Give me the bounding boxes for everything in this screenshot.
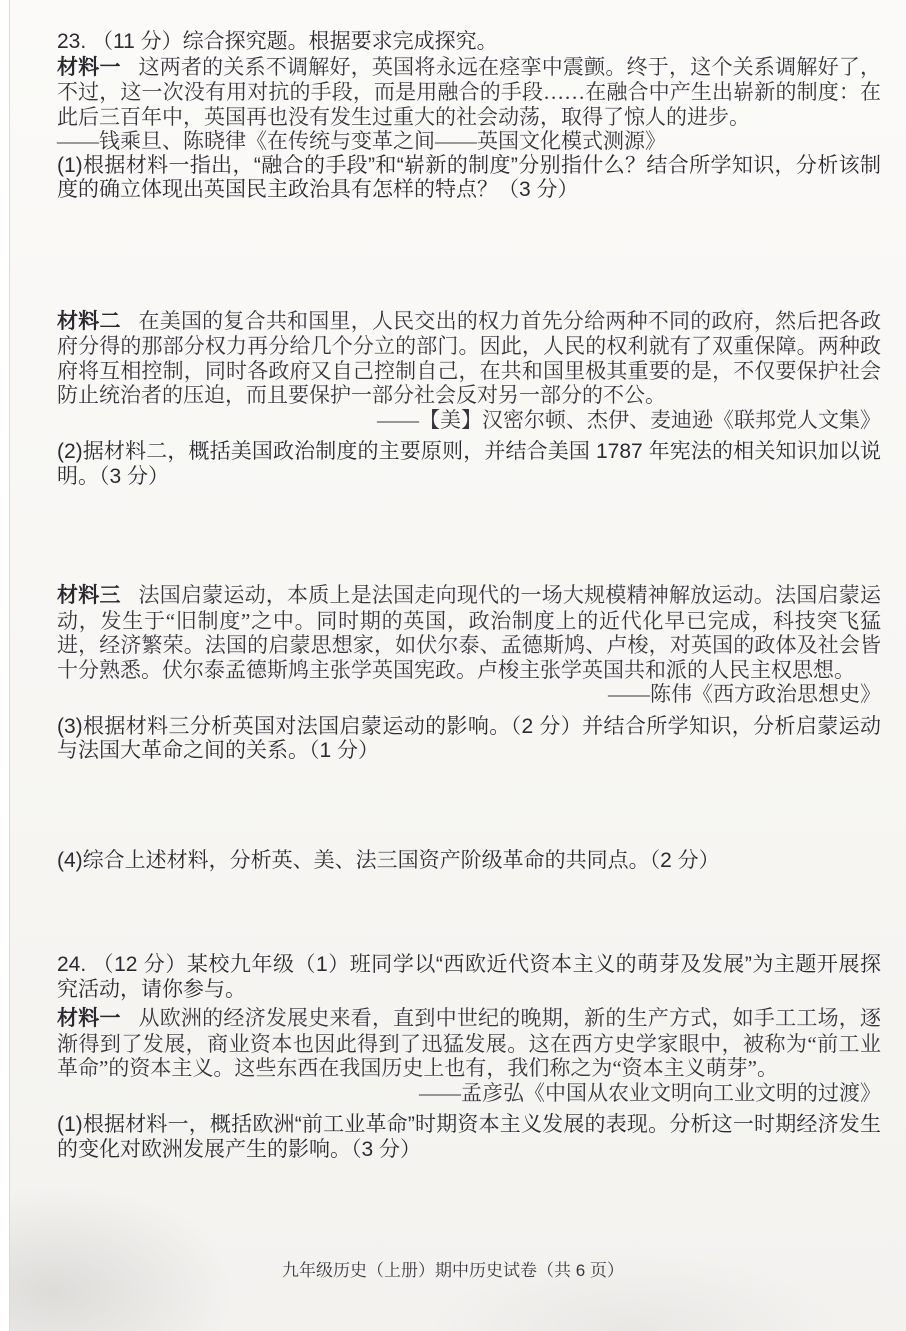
q24-sub-question-1: (1)根据材料一，概括欧洲“前工业革命”时期资本主义发展的表现。分析这一时期经济…	[57, 1113, 881, 1162]
q23-material-2-text: 在美国的复合共和国里，人民交出的权力首先分给两种不同的政府，然后把各政府分得的那…	[57, 309, 881, 408]
q23-material-3-text: 法国启蒙运动，本质上是法国走向现代的一场大规模精神解放运动。法国启蒙运动，发生于…	[57, 583, 881, 682]
page-footer: 九年级历史（上册）期中历史试卷（共 6 页）	[0, 1260, 906, 1282]
q23-material-2-source: ——【美】汉密尔顿、杰伊、麦迪逊《联邦党人文集》	[57, 408, 881, 433]
q24-material-1-source: ——孟彦弘《中国从农业文明向工业文明的过渡》	[57, 1081, 881, 1106]
q23-sub-question-2: (2)据材料二，概括美国政治制度的主要原则，并结合美国 1787 年宪法的相关知…	[57, 440, 881, 489]
q23-material-2: 材料二在美国的复合共和国里，人民交出的权力首先分给两种不同的政府，然后把各政府分…	[57, 309, 881, 408]
q24-material-1: 材料一从欧洲的经济发展史来看，直到中世纪的晚期，新的生产方式，如手工工场，逐渐得…	[57, 1006, 881, 1081]
q23-material-1: 材料一这两者的关系不调解好，英国将永远在痉挛中震颤。终于，这个关系调解好了，不过…	[57, 55, 881, 130]
scan-edge-fold	[0, 0, 10, 1331]
q24-material-1-label: 材料一	[57, 1007, 121, 1030]
question-23-header: 23. （11 分）综合探究题。根据要求完成探究。	[57, 30, 881, 55]
q23-sub-question-3: (3)根据材料三分析英国对法国启蒙运动的影响。（2 分）并结合所学知识，分析启蒙…	[57, 715, 881, 764]
q23-material-3: 材料三法国启蒙运动，本质上是法国走向现代的一场大规模精神解放运动。法国启蒙运动，…	[57, 583, 881, 682]
q23-material-2-label: 材料二	[57, 310, 121, 333]
question-24-header: 24. （12 分）某校九年级（1）班同学以“西欧近代资本主义的萌芽及发展”为主…	[57, 953, 881, 1002]
q23-material-1-source: ——钱乘旦、陈晓律《在传统与变革之间——英国文化模式测源》	[57, 129, 881, 154]
q23-material-3-source: ——陈伟《西方政治思想史》	[57, 682, 881, 707]
q23-material-3-label: 材料三	[57, 584, 121, 607]
exam-page: 23. （11 分）综合探究题。根据要求完成探究。 材料一这两者的关系不调解好，…	[0, 0, 906, 1331]
q23-material-1-text: 这两者的关系不调解好，英国将永远在痉挛中震颤。终于，这个关系调解好了，不过，这一…	[57, 55, 881, 129]
q23-material-1-label: 材料一	[57, 56, 121, 79]
page-content: 23. （11 分）综合探究题。根据要求完成探究。 材料一这两者的关系不调解好，…	[57, 30, 881, 1162]
q24-material-1-text: 从欧洲的经济发展史来看，直到中世纪的晚期，新的生产方式，如手工工场，逐渐得到了发…	[57, 1006, 881, 1080]
q23-sub-question-4: (4)综合上述材料，分析英、美、法三国资产阶级革命的共同点。（2 分）	[57, 849, 881, 874]
q23-sub-question-1: (1)根据材料一指出，“融合的手段”和“崭新的制度”分别指什么？结合所学知识，分…	[57, 154, 881, 203]
